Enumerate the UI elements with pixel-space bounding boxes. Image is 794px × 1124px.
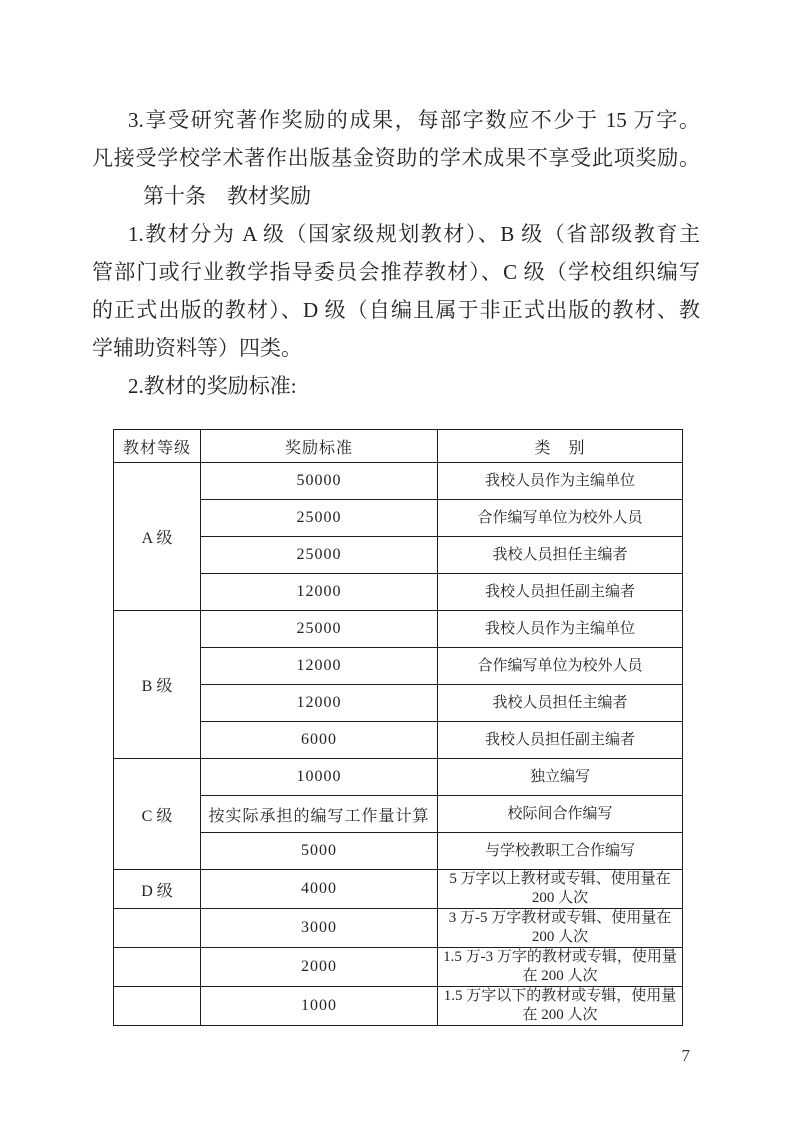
body-text: 3.享受研究著作奖励的成果，每部字数应不少于 15 万字。 凡接受学校学术著作出… (92, 101, 700, 405)
paragraph-line: 2.教材的奖励标准: (92, 367, 700, 405)
table-row: B 级 25000 我校人员作为主编单位 (114, 611, 683, 648)
table-row: 3000 3 万-5 万字教材或专辑、使用量在 200 人次 (114, 909, 683, 948)
standard-cell: 25000 (201, 537, 438, 574)
header-category-label: 类 别 (438, 430, 683, 463)
paragraph: 3.享受研究著作奖励的成果，每部字数应不少于 15 万字。 凡接受学校学术著作出… (92, 101, 700, 177)
table-row: A 级 50000 我校人员作为主编单位 (114, 463, 683, 500)
standard-cell: 4000 (201, 870, 438, 909)
category-cell: 与学校教职工合作编写 (438, 833, 683, 870)
category-cell: 校际间合作编写 (438, 796, 683, 833)
standard-cell: 2000 (201, 948, 438, 987)
category-cell: 合作编写单位为校外人员 (438, 500, 683, 537)
category-cell: 我校人员担任主编者 (438, 537, 683, 574)
standard-cell: 12000 (201, 685, 438, 722)
standard-cell: 25000 (201, 500, 438, 537)
standard-cell: 按实际承担的编写工作量计算 (201, 796, 438, 833)
standard-cell: 10000 (201, 759, 438, 796)
grade-cell (114, 948, 201, 987)
category-cell: 我校人员作为主编单位 (438, 463, 683, 500)
category-cell: 1.5 万字以下的教材或专辑，使用量在 200 人次 (438, 987, 683, 1026)
table-row: C 级 10000 独立编写 (114, 759, 683, 796)
table-row: D 级 4000 5 万字以上教材或专辑、使用量在 200 人次 (114, 870, 683, 909)
grade-cell (114, 987, 201, 1026)
article-heading-line: 第十条 教材奖励 (92, 177, 700, 215)
standard-cell: 5000 (201, 833, 438, 870)
paragraph-line: 凡接受学校学术著作出版基金资助的学术成果不享受此项奖励。 (92, 139, 700, 177)
grade-cell: C 级 (114, 759, 201, 870)
table-header-row: 教材等级 奖励标准 类 别 (114, 430, 683, 463)
paragraph: 2.教材的奖励标准: (92, 367, 700, 405)
category-cell: 独立编写 (438, 759, 683, 796)
paragraph-line: 学辅助资料等）四类。 (92, 329, 700, 367)
standard-cell: 6000 (201, 722, 438, 759)
grade-cell: B 级 (114, 611, 201, 759)
grade-cell (114, 909, 201, 948)
page-number: 7 (92, 1046, 700, 1066)
paragraph: 1.教材分为 A 级（国家级规划教材）、B 级（省部级教育主 管部门或行业教学指… (92, 215, 700, 367)
header-standard-label: 奖励标准 (201, 430, 438, 463)
standard-cell: 12000 (201, 648, 438, 685)
paragraph-line: 管部门或行业教学指导委员会推荐教材）、C 级（学校组织编写 (92, 253, 700, 291)
paragraph: 第十条 教材奖励 (92, 177, 700, 215)
table-row: 2000 1.5 万-3 万字的教材或专辑，使用量在 200 人次 (114, 948, 683, 987)
standard-cell: 12000 (201, 574, 438, 611)
grade-cell: A 级 (114, 463, 201, 611)
paragraph-line: 3.享受研究著作奖励的成果，每部字数应不少于 15 万字。 (92, 101, 700, 139)
category-cell: 我校人员担任副主编者 (438, 722, 683, 759)
category-cell: 合作编写单位为校外人员 (438, 648, 683, 685)
category-cell: 3 万-5 万字教材或专辑、使用量在 200 人次 (438, 909, 683, 948)
standard-cell: 1000 (201, 987, 438, 1026)
header-grade-label: 教材等级 (114, 430, 201, 463)
category-cell: 1.5 万-3 万字的教材或专辑，使用量在 200 人次 (438, 948, 683, 987)
standard-cell: 25000 (201, 611, 438, 648)
document-page: 3.享受研究著作奖励的成果，每部字数应不少于 15 万字。 凡接受学校学术著作出… (0, 0, 794, 1124)
standard-cell: 50000 (201, 463, 438, 500)
paragraph-line: 1.教材分为 A 级（国家级规划教材）、B 级（省部级教育主 (92, 215, 700, 253)
category-cell: 我校人员作为主编单位 (438, 611, 683, 648)
standard-cell: 3000 (201, 909, 438, 948)
table-row: 1000 1.5 万字以下的教材或专辑，使用量在 200 人次 (114, 987, 683, 1026)
reward-table: 教材等级 奖励标准 类 别 A 级 50000 我校人员作为主编单位 25000… (113, 429, 683, 1026)
category-cell: 5 万字以上教材或专辑、使用量在 200 人次 (438, 870, 683, 909)
paragraph-line: 的正式出版的教材）、D 级（自编且属于非正式出版的教材、教 (92, 291, 700, 329)
grade-cell: D 级 (114, 870, 201, 909)
category-cell: 我校人员担任副主编者 (438, 574, 683, 611)
category-cell: 我校人员担任主编者 (438, 685, 683, 722)
